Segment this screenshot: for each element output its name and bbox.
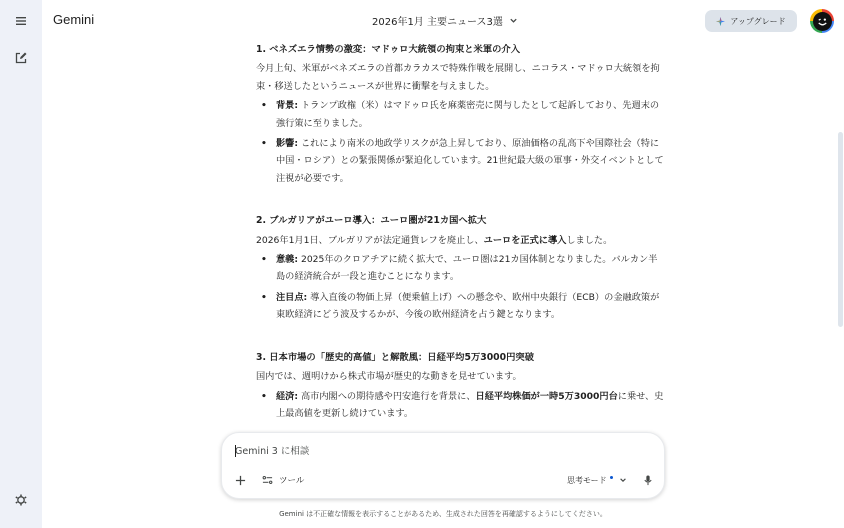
list-item: 経済: 高市内閣への期待感や円安進行を背景に、日経平均株価が一時5万3000円台… [256,388,664,423]
winking-face-icon [815,14,830,29]
prompt-composer: ツール 思考モード [221,432,665,499]
response-content: 1. ベネズエラ情勢の激変：マドゥロ大統領の拘束と米軍の介入 今月上旬、米軍がベ… [256,40,664,470]
microphone-icon [643,475,653,486]
settings-button[interactable] [11,490,31,510]
tools-label: ツール [279,474,304,486]
mode-selector[interactable]: 思考モード [567,473,627,487]
chevron-down-icon [619,476,627,484]
conversation-title-dropdown[interactable]: 2026年1月 主要ニュース3選 [372,13,518,28]
prompt-input[interactable] [235,443,635,459]
side-rail [0,0,42,528]
mode-indicator-dot [610,476,613,479]
disclaimer-text: Gemini は不正確な情報を表示することがあるため、生成された回答を再確認する… [0,509,844,519]
bullet-list: 意義: 2025年のクロアチアに続く拡大で、ユーロ圏は21カ国体制となりました。… [256,251,664,324]
avatar[interactable] [810,9,834,33]
mode-label: 思考モード [567,475,607,486]
scrollbar[interactable] [838,132,843,327]
gear-icon [14,493,28,507]
menu-icon [14,14,28,28]
edit-icon [14,51,28,65]
list-item: 影響: これにより南米の地政学リスクが急上昇しており、原油価格の乱高下や国際社会… [256,135,664,187]
section-heading: 2. ブルガリアがユーロ導入：ユーロ圏が21カ国へ拡大 [256,212,664,229]
text-caret [235,445,236,457]
upgrade-label: アップグレード [730,16,785,27]
list-item: 注目点: 導入直後の物価上昇（便乗値上げ）への懸念や、欧州中央銀行（ECB）の金… [256,289,664,324]
sparkle-icon [716,17,725,26]
list-item: 意義: 2025年のクロアチアに続く拡大で、ユーロ圏は21カ国体制となりました。… [256,251,664,286]
add-attachment-button[interactable] [233,473,247,487]
microphone-button[interactable] [641,473,655,487]
new-chat-button[interactable] [11,48,31,68]
section-intro: 国内では、週明けから株式市場が歴史的な動きを見せています。 [256,368,664,385]
section-intro: 今月上旬、米軍がベネズエラの首都カラカスで特殊作戦を展開し、ニコラス・マドゥロ大… [256,60,664,95]
chevron-down-icon [509,16,518,25]
list-item: 背景: トランプ政権（米）はマドゥロ氏を麻薬密売に関与したとして起訴しており、先… [256,97,664,132]
top-bar: Gemini 2026年1月 主要ニュース3選 アップグレード [42,0,844,42]
menu-button[interactable] [11,11,31,31]
upgrade-button[interactable]: アップグレード [705,10,797,32]
app-title: Gemini [53,12,94,27]
section-heading: 1. ベネズエラ情勢の激変：マドゥロ大統領の拘束と米軍の介入 [256,41,664,58]
conversation-title: 2026年1月 主要ニュース3選 [372,13,503,28]
section-intro: 2026年1月1日、ブルガリアが法定通貨レフを廃止し、ユーロを正式に導入しました… [256,232,664,249]
plus-icon [235,475,246,486]
tools-icon [262,475,273,485]
bullet-list: 背景: トランプ政権（米）はマドゥロ氏を麻薬密売に関与したとして起訴しており、先… [256,97,664,187]
section-heading: 3. 日本市場の「歴史的高値」と解散風：日経平均5万3000円突破 [256,349,664,366]
tools-button[interactable]: ツール [262,473,304,487]
